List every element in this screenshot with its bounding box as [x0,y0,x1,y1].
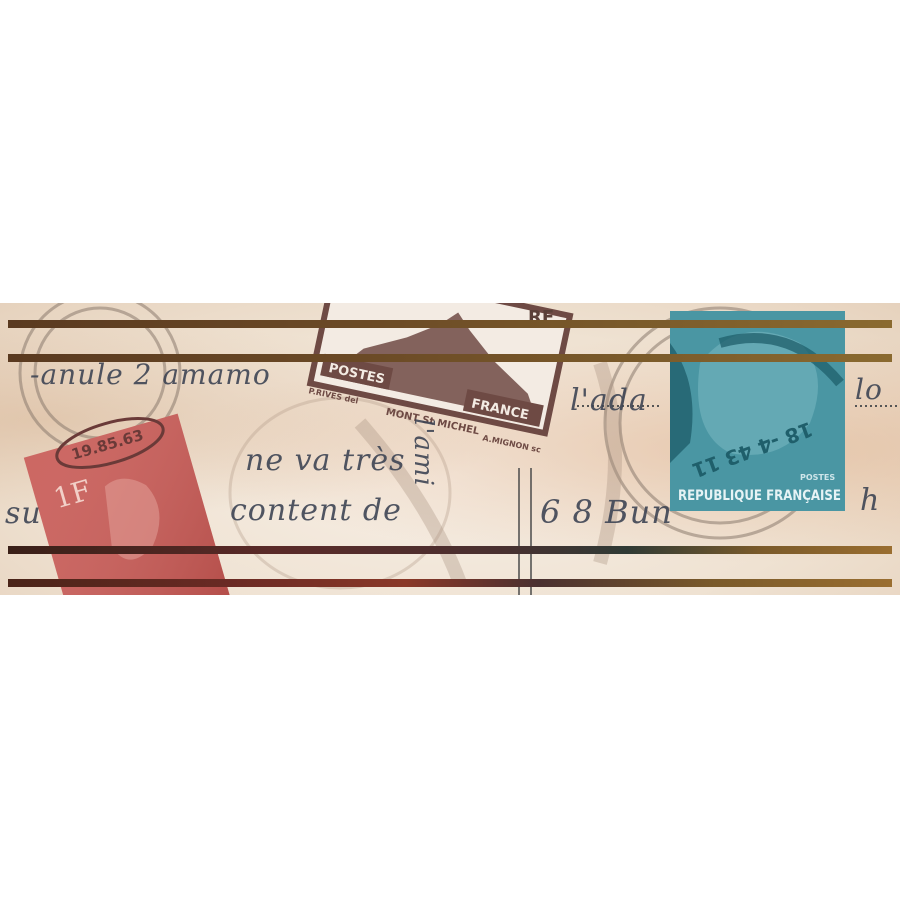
handwriting-line-5: l'ada [570,383,648,418]
handwriting-line-6: 6 8 Bun [540,493,673,531]
decorative-stripe-top-2 [8,354,892,362]
handwriting-line-7: lo [855,373,883,406]
handwriting-line-2: ne va très [245,443,406,478]
svg-text:REPUBLIQUE FRANÇAISE: REPUBLIQUE FRANÇAISE [678,488,841,504]
guide-lines [519,468,531,595]
handwriting-line-4: content de [230,493,402,528]
svg-text:A.MIGNON sc: A.MIGNON sc [482,433,542,454]
decorative-stripe-bottom-1 [8,546,892,554]
blue-stamp: 18 -4 43 11 POSTES REPUBLIQUE FRANÇAISE [670,311,845,511]
handwriting-line-1: -anule 2 amamo [30,358,271,391]
svg-text:POSTES: POSTES [800,473,835,482]
handwriting-vertical: l'ami [408,418,438,487]
decorative-stripe-bottom-2 [8,579,892,587]
postage-tile: 1F 19.85.63 POSTES FRANCE MONT St MICHEL… [0,303,900,595]
handwriting-line-3: su [5,496,42,531]
handwriting-line-8: h [860,483,880,518]
decorative-stripe-top-1 [8,320,892,328]
